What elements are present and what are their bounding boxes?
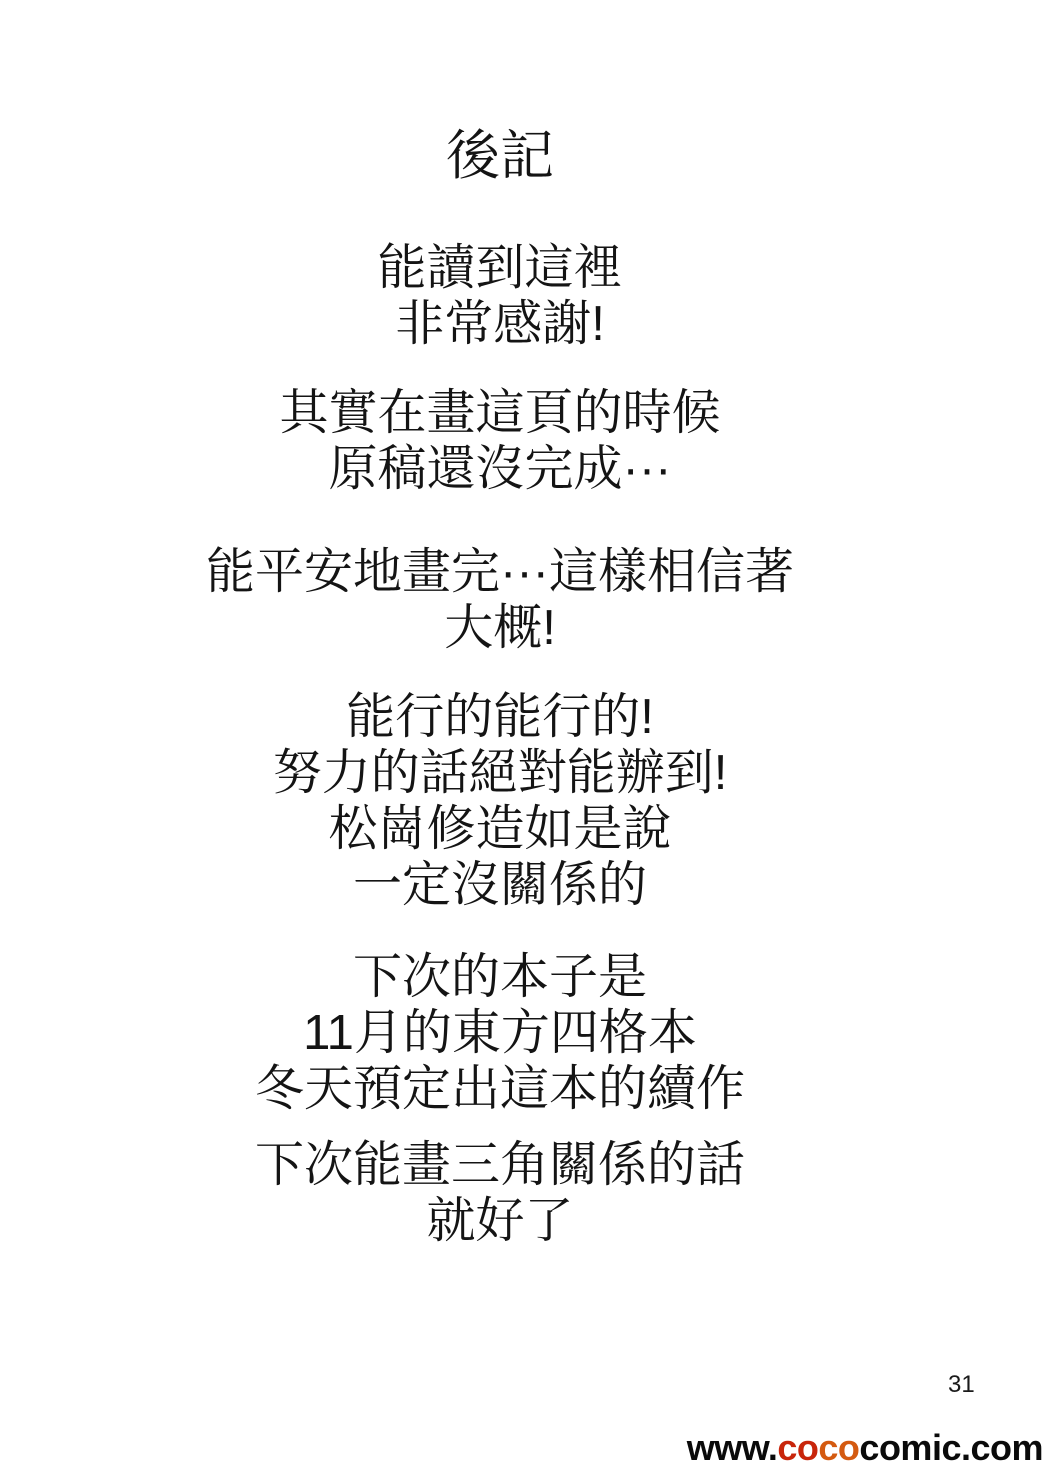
afterword-text-column: 後記 能讀到這裡 非常感謝! 其實在畫這頁的時候 原稿還沒完成··· 能平安地畫… [0, 0, 1000, 1249]
page-number: 31 [948, 1372, 975, 1398]
afterword-line: 11月的東方四格本 [0, 1005, 1000, 1061]
afterword-line: 一定沒關係的 [0, 857, 1000, 913]
afterword-line: 能讀到這裡 [0, 240, 1000, 296]
afterword-line: 下次的本子是 [0, 949, 1000, 1005]
watermark: www.cococomic.com [687, 1428, 1043, 1468]
afterword-stanza: 能行的能行的! 努力的話絕對能辦到! 松崗修造如是說 一定沒關係的 [0, 689, 1000, 913]
afterword-line: 下次能畫三角關係的話 [0, 1137, 1000, 1193]
watermark-suffix: comic.com [859, 1427, 1043, 1468]
watermark-prefix: www. [687, 1427, 778, 1468]
afterword-line: 能平安地畫完···這樣相信著 [0, 544, 1000, 600]
afterword-line: 其實在畫這頁的時候 [0, 385, 1000, 441]
afterword-stanza: 下次能畫三角關係的話 就好了 [0, 1137, 1000, 1249]
afterword-stanza: 下次的本子是 11月的東方四格本 冬天預定出這本的續作 [0, 949, 1000, 1117]
afterword-line: 松崗修造如是說 [0, 801, 1000, 857]
afterword-stanza: 其實在畫這頁的時候 原稿還沒完成··· [0, 385, 1000, 497]
afterword-line: 冬天預定出這本的續作 [0, 1061, 1000, 1117]
manga-afterword-page: 後記 能讀到這裡 非常感謝! 其實在畫這頁的時候 原稿還沒完成··· 能平安地畫… [0, 0, 1048, 1472]
page-title: 後記 [0, 126, 1000, 186]
watermark-brand-orange: co [818, 1427, 859, 1468]
afterword-line: 原稿還沒完成··· [0, 441, 1000, 497]
afterword-line: 就好了 [0, 1193, 1000, 1249]
afterword-line: 能行的能行的! [0, 689, 1000, 745]
afterword-line: 非常感謝! [0, 296, 1000, 352]
afterword-stanza: 能讀到這裡 非常感謝! [0, 240, 1000, 352]
afterword-line: 大概! [0, 600, 1000, 656]
afterword-stanza: 能平安地畫完···這樣相信著 大概! [0, 544, 1000, 656]
afterword-line: 努力的話絕對能辦到! [0, 745, 1000, 801]
watermark-brand-red: co [777, 1427, 818, 1468]
